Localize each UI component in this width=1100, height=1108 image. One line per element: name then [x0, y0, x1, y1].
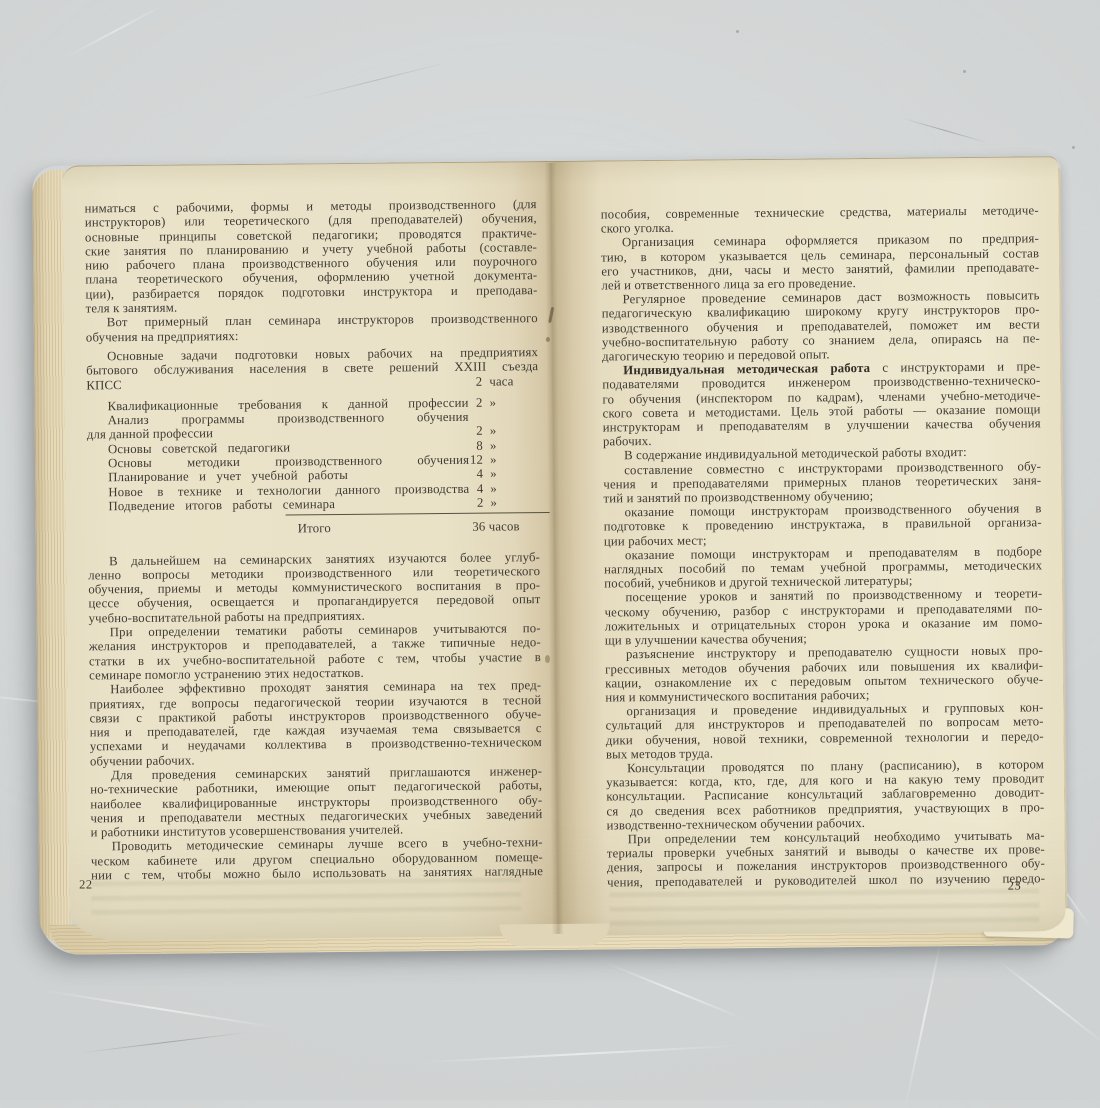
dust-speck	[736, 30, 739, 33]
left-paragraphs-bottom: В дальнейшем на семинарских занятиях изу…	[88, 550, 543, 883]
gutter-paper-nick	[545, 655, 550, 663]
page-number-right: 23	[1008, 878, 1022, 893]
surface-scratch	[902, 118, 989, 144]
plan-row: Подведение итогов работы семинара2»	[87, 495, 539, 514]
surface-scratch	[994, 957, 1100, 1045]
seminar-plan-table: Основные задачи подготовки новых рабочих…	[86, 345, 540, 538]
surface-scratch	[904, 922, 945, 1100]
dust-speck	[963, 70, 966, 73]
plan-total-value: 36 часов	[472, 520, 520, 535]
left-paragraphs-top: ниматься с рабочими, формы и методы прои…	[85, 197, 538, 344]
surface-scratch	[41, 989, 278, 1029]
surface-scratch	[605, 962, 745, 1020]
surface-scratch	[302, 62, 448, 99]
surface-scratch	[66, 4, 164, 57]
plan-total-label: Итого	[298, 521, 331, 536]
show-through-right-page	[609, 888, 1039, 936]
plan-total-row: Итого 36 часов	[88, 513, 540, 538]
left-page-text: ниматься с рабочими, формы и методы прои…	[85, 197, 544, 883]
seminar-plan-rows: Основные задачи подготовки новых рабочих…	[86, 345, 540, 514]
show-through-left-page	[91, 877, 521, 923]
open-book: ниматься с рабочими, формы и методы прои…	[32, 156, 1068, 955]
page-number-left: 22	[79, 877, 93, 892]
surface-scratch	[81, 1032, 250, 1054]
plan-row: КПСС2часа	[86, 374, 538, 393]
photo-surface: ниматься с рабочими, формы и методы прои…	[0, 0, 1100, 1100]
dust-speck	[1072, 146, 1075, 149]
binding-thread	[546, 337, 550, 342]
surface-scratch	[420, 1045, 740, 1064]
right-page-text: пособия, современные технические средств…	[601, 203, 1046, 889]
